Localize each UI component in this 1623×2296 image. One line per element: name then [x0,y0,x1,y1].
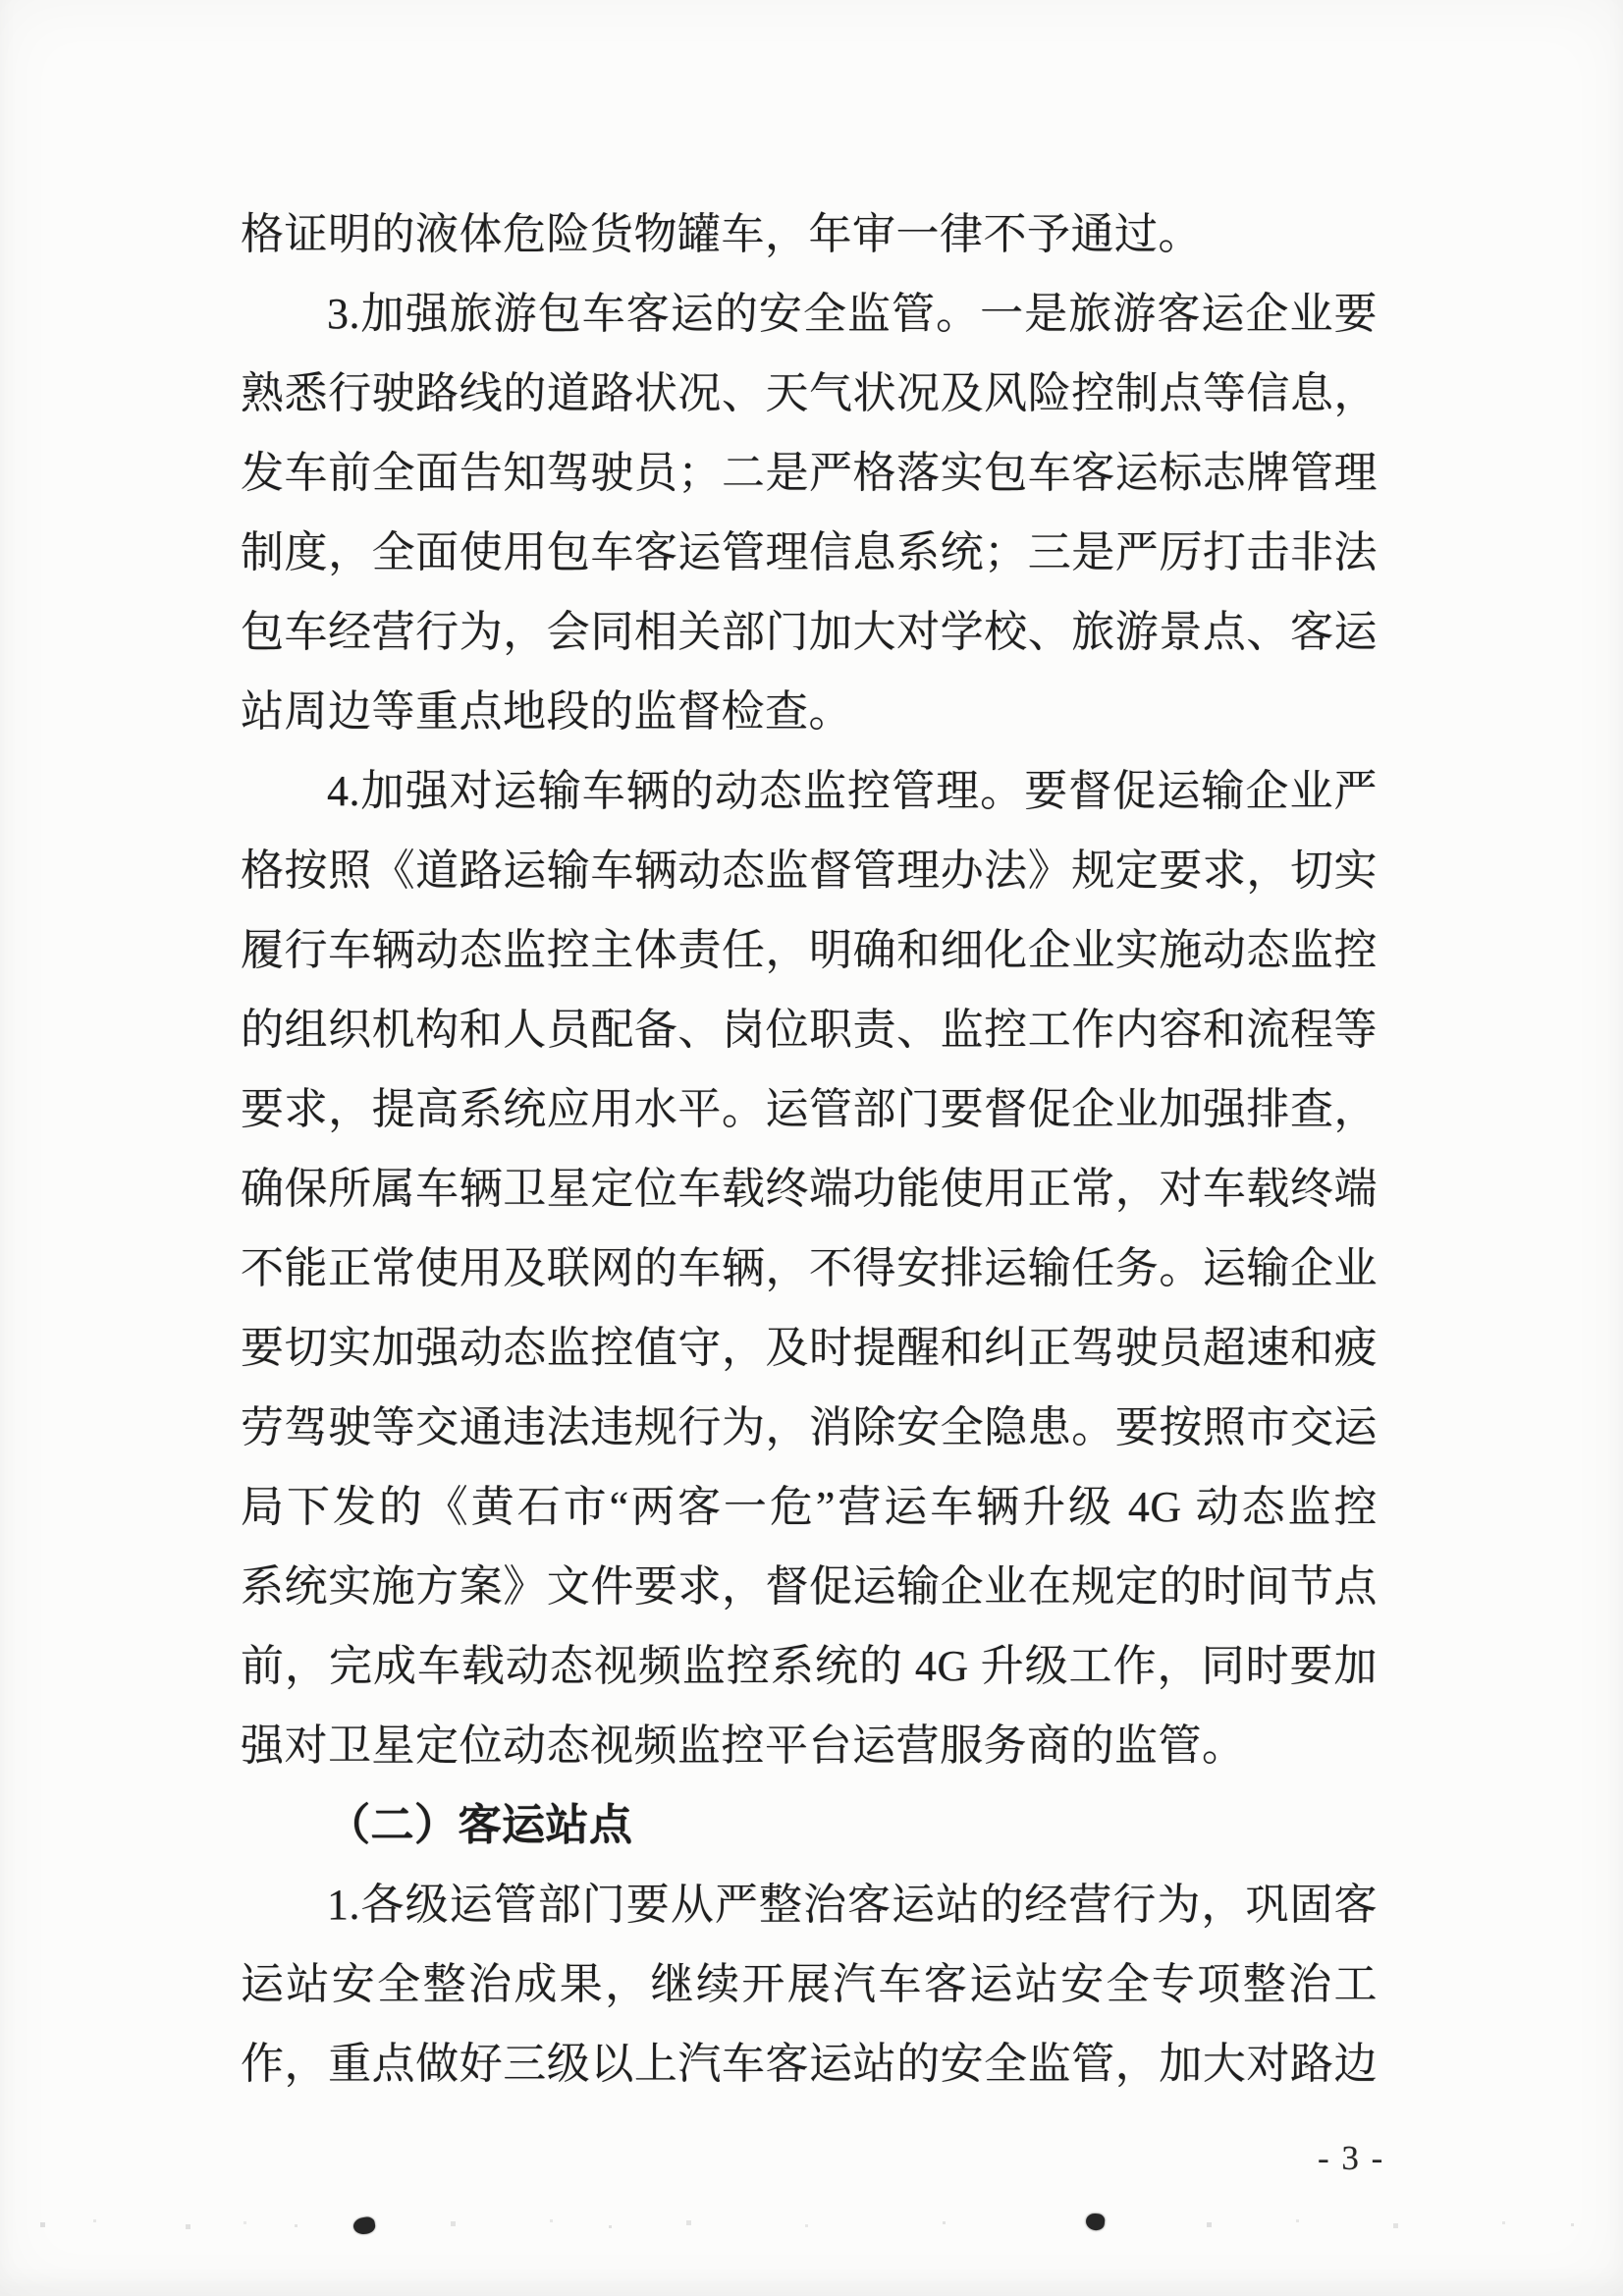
text-line: 站周边等重点地段的监督检查。 [241,672,1378,751]
text-line: 前，完成车载动态视频监控系统的 4G 升级工作，同时要加 [241,1626,1378,1706]
document-page: 格证明的液体危险货物罐车，年审一律不予通过。 3.加强旅游包车客运的安全监管。一… [0,0,1623,2296]
ink-smudge [352,2215,377,2236]
text-line: 作，重点做好三级以上汽车客运站的安全监管，加大对路边 [241,2024,1378,2104]
text-line: 3.加强旅游包车客运的安全监管。一是旅游客运企业要 [241,274,1378,354]
text-line: 确保所属车辆卫星定位车载终端功能使用正常，对车载终端 [241,1149,1378,1229]
text-line: 格证明的液体危险货物罐车，年审一律不予通过。 [241,194,1378,274]
section-heading: （二）客运站点 [241,1785,1378,1865]
text-line: 局下发的《黄石市“两客一危”营运车辆升级 4G 动态监控 [241,1467,1378,1547]
page-number: - 3 - [1318,2139,1384,2178]
text-line: 不能正常使用及联网的车辆，不得安排运输任务。运输企业 [241,1229,1378,1308]
text-line: 格按照《道路运输车辆动态监督管理办法》规定要求，切实 [241,831,1378,910]
text-line: 劳驾驶等交通违法违规行为，消除安全隐患。要按照市交运 [241,1388,1378,1467]
text-line: 制度，全面使用包车客运管理信息系统；三是严厉打击非法 [241,513,1378,592]
text-line: 系统实施方案》文件要求，督促运输企业在规定的时间节点 [241,1547,1378,1626]
ink-smudge [1085,2213,1106,2231]
text-line: 履行车辆动态监控主体责任，明确和细化企业实施动态监控 [241,910,1378,990]
text-line: 1.各级运管部门要从严整治客运站的经营行为，巩固客 [241,1865,1378,1944]
text-line: 的组织机构和人员配备、岗位职责、监控工作内容和流程等 [241,990,1378,1069]
text-line: 发车前全面告知驾驶员；二是严格落实包车客运标志牌管理 [241,433,1378,513]
text-line: 4.加强对运输车辆的动态监控管理。要督促运输企业严 [241,751,1378,831]
text-line: 强对卫星定位动态视频监控平台运营服务商的监管。 [241,1706,1378,1785]
scan-noise [0,2219,3,2222]
text-line: 要切实加强动态监控值守，及时提醒和纠正驾驶员超速和疲 [241,1308,1378,1388]
text-line: 熟悉行驶路线的道路状况、天气状况及风险控制点等信息， [241,354,1378,433]
document-body: 格证明的液体危险货物罐车，年审一律不予通过。 3.加强旅游包车客运的安全监管。一… [241,194,1378,2104]
text-line: 运站安全整治成果，继续开展汽车客运站安全专项整治工 [241,1944,1378,2024]
text-line: 要求，提高系统应用水平。运管部门要督促企业加强排查， [241,1069,1378,1149]
text-line: 包车经营行为，会同相关部门加大对学校、旅游景点、客运 [241,592,1378,672]
